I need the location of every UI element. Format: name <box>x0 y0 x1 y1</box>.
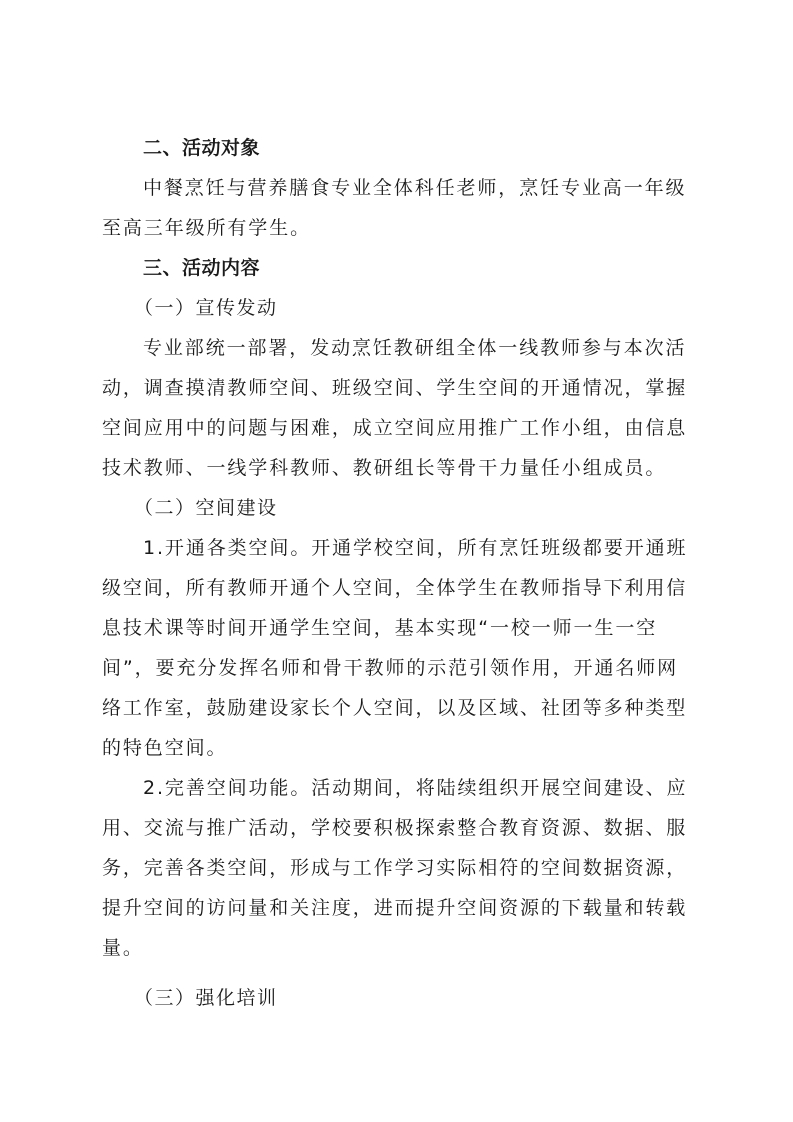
subsection-heading-space-construction: （二）空间建设 <box>102 488 692 528</box>
paragraph-line: 专业部统一部署，发动烹饪教研组全体一线教师参与本次活 <box>102 328 692 368</box>
paragraph-line: 务，完善各类空间，形成与工作学习实际相符的空间数据资源， <box>102 848 692 888</box>
paragraph-line: 量。 <box>102 928 692 968</box>
section-heading-activity-target: 二、活动对象 <box>102 128 692 168</box>
paragraph-line: 2.完善空间功能。活动期间，将陆续组织开展空间建设、应 <box>102 768 692 808</box>
subsection-heading-training: （三）强化培训 <box>102 978 692 1018</box>
paragraph-line: 络工作室，鼓励建设家长个人空间，以及区域、社团等多种类型 <box>102 688 692 728</box>
paragraph-line: 中餐烹饪与营养膳食专业全体科任老师，烹饪专业高一年级 <box>102 168 692 208</box>
section-heading-activity-content: 三、活动内容 <box>102 248 692 288</box>
paragraph-line: 技术教师、一线学科教师、教研组长等骨干力量任小组成员。 <box>102 448 692 488</box>
paragraph-line: 间”，要充分发挥名师和骨干教师的示范引领作用，开通名师网 <box>102 648 692 688</box>
paragraph-line: 动，调查摸清教师空间、班级空间、学生空间的开通情况，掌握 <box>102 368 692 408</box>
paragraph-line: 用、交流与推广活动，学校要积极探索整合教育资源、数据、服 <box>102 808 692 848</box>
paragraph-line: 1.开通各类空间。开通学校空间，所有烹饪班级都要开通班 <box>102 528 692 568</box>
paragraph-line: 级空间，所有教师开通个人空间，全体学生在教师指导下利用信 <box>102 568 692 608</box>
paragraph-line: 息技术课等时间开通学生空间，基本实现“一校一师一生一空 <box>102 608 692 648</box>
paragraph-line: 至高三年级所有学生。 <box>102 208 692 248</box>
subsection-heading-publicity: （一）宣传发动 <box>102 288 692 328</box>
paragraph-line: 空间应用中的问题与困难，成立空间应用推广工作小组，由信息 <box>102 408 692 448</box>
document-page: 二、活动对象 中餐烹饪与营养膳食专业全体科任老师，烹饪专业高一年级 至高三年级所… <box>102 128 692 1018</box>
paragraph-line: 提升空间的访问量和关注度，进而提升空间资源的下载量和转载 <box>102 888 692 928</box>
paragraph-line: 的特色空间。 <box>102 728 692 768</box>
